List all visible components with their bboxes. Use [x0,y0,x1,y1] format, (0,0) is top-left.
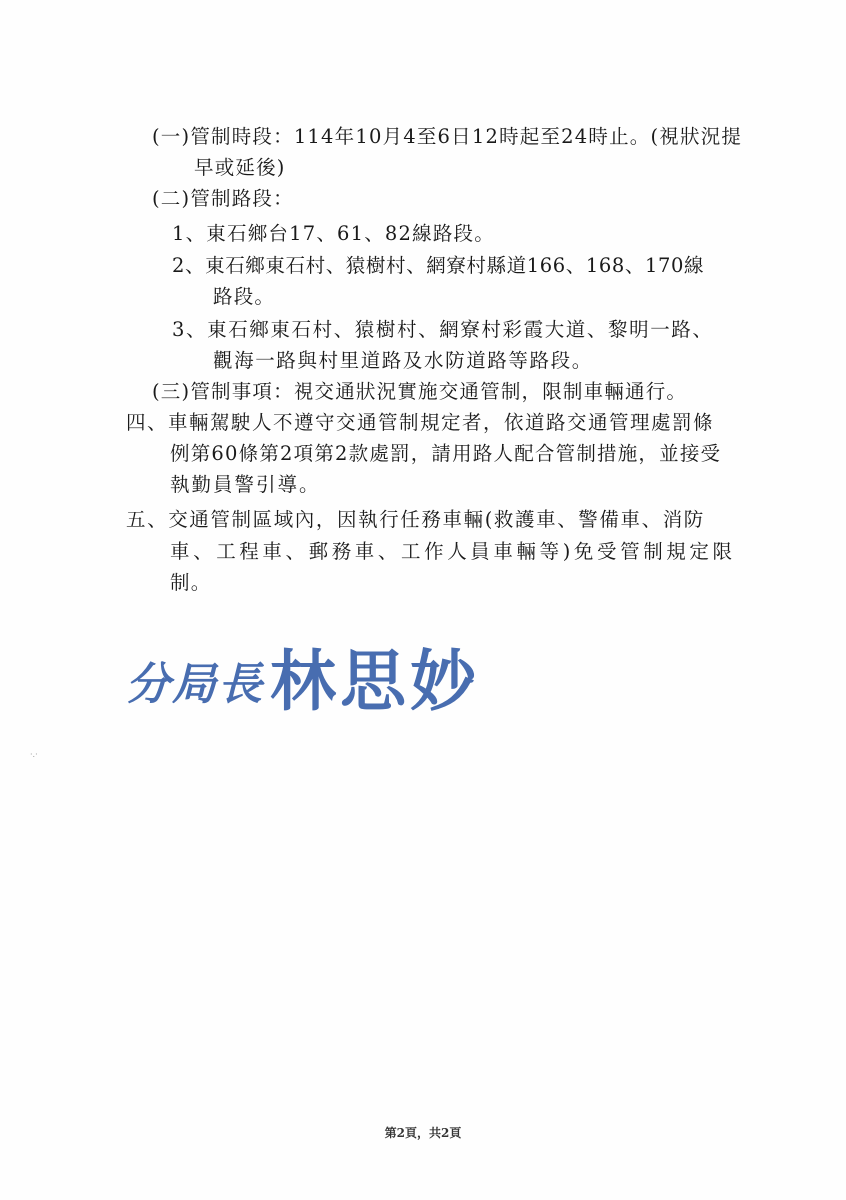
clause-4-line-2: 例第60條第2項第2款處罰，請用路人配合管制措施，並接受 [170,439,721,469]
signature-stamp: 分局長 林思妙 [122,622,522,722]
section-1-time-line-1: (一)管制時段：114年10月4至6日12時起至24時止。(視狀況提 [152,122,742,152]
document-page: (一)管制時段：114年10月4至6日12時起至24時止。(視狀況提 早或延後)… [0,0,846,1200]
clause-4-line-3: 執勤員警引導。 [170,470,321,500]
road-item-1: 1、東石鄉台17、61、82線路段。 [172,219,495,249]
page-number: 第2頁，共2頁 [0,1124,846,1141]
road-item-3-line-1: 3、東石鄉東石村、猿樹村、網寮村彩霞大道、黎明一路、 [172,315,714,345]
road-item-3-line-2: 觀海一路與村里道路及水防道路等路段。 [213,346,593,376]
road-item-2-line-1: 2、東石鄉東石村、猿樹村、網寮村縣道166、168、170線 [172,251,704,281]
clause-5-line-3: 制。 [170,568,211,598]
clause-4-line-1: 四、車輛駕駛人不遵守交通管制規定者，依道路交通管理處罰條 [126,408,714,438]
clause-5-line-1: 五、交通管制區域內，因執行任務車輛(救護車、警備車、消防 [126,505,705,535]
signature-name: 林思妙 [270,628,480,723]
section-3-control-items: (三)管制事項：視交通狀況實施交通管制，限制車輛通行。 [152,377,687,407]
section-2-heading: (二)管制路段： [152,184,294,214]
section-1-time-line-2: 早或延後) [194,153,286,183]
signature-title: 分局長 [126,648,264,712]
road-item-2-line-2: 路段。 [213,282,275,312]
scan-speck: ·.· [30,750,38,759]
clause-5-line-2: 車、工程車、郵務車、工作人員車輛等)免受管制規定限 [170,537,736,567]
